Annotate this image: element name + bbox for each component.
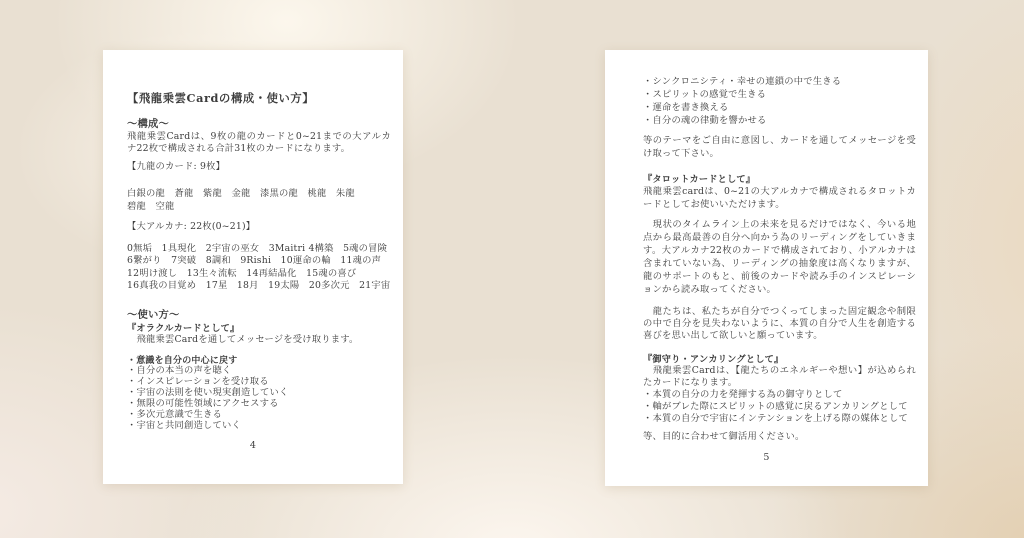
composition-heading: 〜構成〜 (127, 118, 391, 131)
intent-bullet: ・運命を書き換える (643, 101, 916, 114)
oracle-bullet-list: ・意識を自分の中心に戻す ・自分の本当の声を聴く ・インスピレーションを受け取る… (127, 355, 391, 431)
arcana-line: 0無垢 1具現化 2宇宙の巫女 3Maitri 4構築 5魂の冒険 (127, 243, 391, 255)
page-number-right: 5 (605, 452, 928, 464)
oracle-bullet: ・多次元意識で生きる (127, 410, 391, 421)
dragon-name-list: 白銀の龍 蒼龍 紫龍 金龍 漆黒の龍 桃龍 朱龍 碧龍 空龍 (127, 188, 391, 213)
amulet-bullet: ・本質の自分で宇宙にインテンションを上げる際の媒体として (643, 413, 916, 425)
intent-bullet: ・スピリットの感覚で生きる (643, 88, 916, 101)
intent-bullet: ・シンクロニシティ・幸せの連鎖の中で生きる (643, 75, 916, 88)
dragon-names-line: 碧龍 空龍 (127, 201, 391, 214)
page-number-left: 4 (103, 440, 403, 452)
arcana-line: 16真我の目覚め 17星 18月 19太陽 20多次元 21宇宙 (127, 280, 391, 292)
amulet-anchoring-heading: 『御守り・アンカリングとして』 (643, 353, 916, 365)
arcana-line: 6繋がり 7突破 8調和 9Rishi 10運命の輪 11魂の声 (127, 255, 391, 267)
arcana-line: 12明け渡し 13生々流転 14再結晶化 15魂の喜び (127, 268, 391, 280)
tarot-paragraph-reading: 現状のタイムライン上の未来を見るだけではなく、今いる地点から最高最善の自分へ向か… (643, 218, 916, 296)
tarot-intro: 飛龍乗雲cardは、0~21の大アルカナで構成されるタロットカードとしてお使いい… (643, 186, 916, 211)
document-page-right: ・シンクロニシティ・幸せの連鎖の中で生きる ・スピリットの感覚で生きる ・運命を… (605, 50, 928, 486)
oracle-card-body: 飛龍乗雲Cardを通してメッセージを受け取ります。 (127, 334, 391, 347)
tarot-paragraph-dragons: 龍たちは、私たちが自分でつくってしまった固定観念や制限の中で自分を見失わないよう… (643, 306, 916, 342)
document-page-left: 【飛龍乗雲Cardの構成・使い方】 〜構成〜 飛龍乗雲Cardは、9枚の龍のカー… (103, 50, 403, 484)
nine-dragons-label: 【九龍のカード: 9枚】 (127, 161, 391, 174)
amulet-bullet-list: ・本質の自分の力を発揮する為の御守りとして ・軸がブレた際にスピリットの感覚に戻… (643, 389, 916, 425)
amulet-bullet: ・軸がブレた際にスピリットの感覚に戻るアンカリングとして (643, 401, 916, 413)
intent-bullet: ・自分の魂の律動を響かせる (643, 114, 916, 127)
amulet-intro: 飛龍乗雲Cardは、【龍たちのエネルギーや想い】が込められたカードになります。 (643, 365, 916, 389)
oracle-bullet: ・宇宙と共同創造していく (127, 421, 391, 432)
theme-note: 等のテーマをご自由に意図し、カードを通してメッセージを受け取って下さい。 (643, 135, 916, 160)
composition-body: 飛龍乗雲Cardは、9枚の龍のカードと0~21までの大アルカナ22枚で構成される… (127, 131, 391, 156)
amulet-bullet: ・本質の自分の力を発揮する為の御守りとして (643, 389, 916, 401)
amulet-outro: 等、目的に合わせて御活用ください。 (643, 431, 916, 443)
intent-bullet-list: ・シンクロニシティ・幸せの連鎖の中で生きる ・スピリットの感覚で生きる ・運命を… (643, 75, 916, 127)
oracle-card-heading: 『オラクルカードとして』 (127, 322, 391, 335)
major-arcana-list: 0無垢 1具現化 2宇宙の巫女 3Maitri 4構築 5魂の冒険 6繋がり 7… (127, 243, 391, 292)
dragon-names-line: 白銀の龍 蒼龍 紫龍 金龍 漆黒の龍 桃龍 朱龍 (127, 188, 391, 201)
tarot-card-heading: 『タロットカードとして』 (643, 173, 916, 186)
usage-heading: 〜使い方〜 (127, 309, 391, 322)
booklet-title: 【飛龍乗雲Cardの構成・使い方】 (127, 92, 391, 105)
major-arcana-label: 【大アルカナ: 22枚(0~21)】 (127, 221, 391, 234)
